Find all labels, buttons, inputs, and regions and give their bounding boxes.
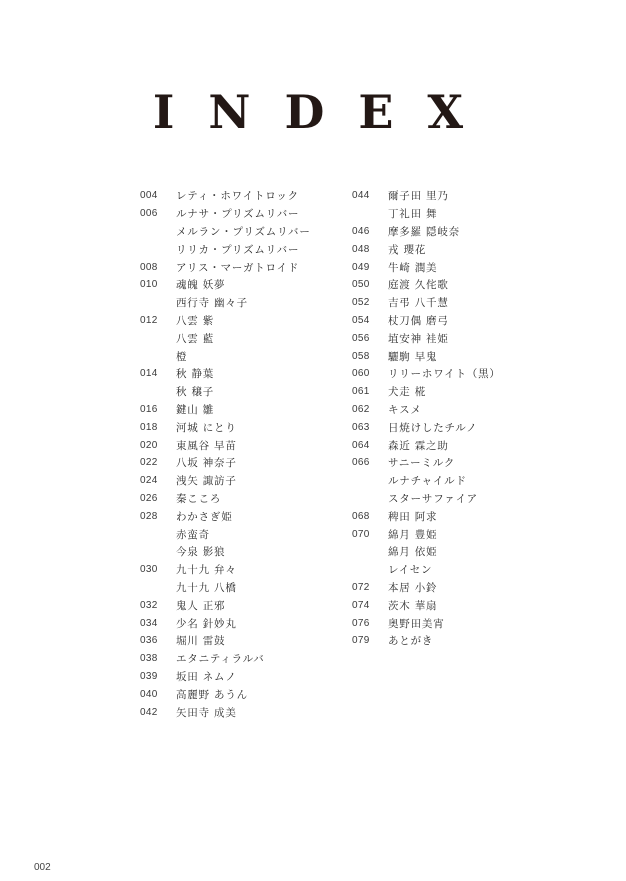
index-entry[interactable]: 036堀川 雷鼓 [140,632,311,650]
index-entry-page: 038 [140,653,176,664]
index-entry-name: 坂田 ネムノ [176,669,237,684]
index-entry-name: 八坂 神奈子 [176,455,237,470]
index-entry-name: ルナサ・プリズムリバー [176,206,299,221]
index-entry-name: 橙 [176,349,187,364]
index-entry[interactable]: 056埴安神 袿姫 [352,329,501,347]
index-entry[interactable]: 063日焼けしたチルノ [352,418,501,436]
index-entry-page: 010 [140,279,176,290]
index-entry-name: 茨木 華扇 [388,598,437,613]
index-entry[interactable]: 048戎 瓔花 [352,240,501,258]
index-entry[interactable]: 綿月 依姫 [352,543,501,561]
index-entry-page: 032 [140,600,176,611]
index-entry-name: 鍵山 雛 [176,402,214,417]
index-entry-name: 秋 静葉 [176,366,214,381]
index-entry[interactable]: 016鍵山 雛 [140,401,311,419]
index-entry-name: 秋 穣子 [176,384,214,399]
page-title: INDEX [0,84,626,140]
index-entry-name: 戎 瓔花 [388,242,426,257]
index-entry[interactable]: 004レティ・ホワイトロック [140,187,311,205]
index-entry[interactable]: 072本居 小鈴 [352,579,501,597]
index-entry-name: エタニティラルバ [176,651,265,666]
index-entry-name: 吉弔 八千慧 [388,295,449,310]
index-entry[interactable]: 028わかさぎ姫 [140,507,311,525]
index-entry-page: 014 [140,368,176,379]
index-entry-name: 杖刀偶 磨弓 [388,313,449,328]
index-entry-page: 018 [140,422,176,433]
index-entry-page: 062 [352,404,388,415]
index-entry-page: 063 [352,422,388,433]
index-entry[interactable]: 076奥野田美宵 [352,614,501,632]
index-entry-page: 012 [140,315,176,326]
index-entry-page: 052 [352,297,388,308]
index-entry-page: 079 [352,635,388,646]
index-entry[interactable]: 八雲 藍 [140,329,311,347]
index-entry-name: レティ・ホワイトロック [176,188,299,203]
index-entry-name: 埴安神 袿姫 [388,331,449,346]
index-entry-name: 今泉 影狼 [176,544,225,559]
index-entry[interactable]: 049牛崎 潤美 [352,258,501,276]
index-entry[interactable]: リリカ・プリズムリバー [140,240,311,258]
index-entry-name: 驪駒 早鬼 [388,349,437,364]
index-entry[interactable]: 050庭渡 久侘歌 [352,276,501,294]
index-entry-page: 064 [352,440,388,451]
index-entry-name: 庭渡 久侘歌 [388,277,449,292]
index-entry[interactable]: 006ルナサ・プリズムリバー [140,205,311,223]
index-entry-name: 魂魄 妖夢 [176,277,225,292]
index-entry-name: 綿月 豊姫 [388,527,437,542]
index-entry-name: ルナチャイルド [388,473,467,488]
index-entry[interactable]: 064森近 霖之助 [352,436,501,454]
index-entry-name: 奥野田美宵 [388,616,445,631]
index-entry-page: 046 [352,226,388,237]
index-entry[interactable]: 秋 穣子 [140,383,311,401]
index-entry-page: 004 [140,190,176,201]
index-entry-name: 本居 小鈴 [388,580,437,595]
index-entry-name: わかさぎ姫 [176,509,233,524]
index-entry-name: 丁礼田 舞 [388,206,437,221]
index-entry[interactable]: 070綿月 豊姫 [352,525,501,543]
index-entry-page: 044 [352,190,388,201]
index-entry[interactable]: 034少名 針妙丸 [140,614,311,632]
index-entry[interactable]: 012八雲 紫 [140,312,311,330]
index-entry[interactable]: 058驪駒 早鬼 [352,347,501,365]
index-entry-page: 008 [140,262,176,273]
index-entry-name: レイセン [388,562,432,577]
index-entry-name: 西行寺 幽々子 [176,295,248,310]
index-entry-name: 綿月 依姫 [388,544,437,559]
index-entry-page: 070 [352,529,388,540]
index-entry-name: 河城 にとり [176,420,237,435]
index-entry-page: 040 [140,689,176,700]
index-entry-name: 東風谷 早苗 [176,438,237,453]
index-entry[interactable]: 024洩矢 諏訪子 [140,472,311,490]
index-entry-page: 076 [352,618,388,629]
index-entry-name: 堀川 雷鼓 [176,633,225,648]
index-entry-name: 洩矢 諏訪子 [176,473,237,488]
index-entry[interactable]: 054杖刀偶 磨弓 [352,312,501,330]
index-entry[interactable]: スターサファイア [352,490,501,508]
index-entry[interactable]: 079あとがき [352,632,501,650]
index-entry-page: 068 [352,511,388,522]
index-entry[interactable]: 040高麗野 あうん [140,685,311,703]
index-entry[interactable]: メルラン・プリズムリバー [140,223,311,241]
index-entry-name: 秦こころ [176,491,221,506]
index-entry[interactable]: 052吉弔 八千慧 [352,294,501,312]
index-entry-name: サニーミルク [388,455,455,470]
index-entry-page: 036 [140,635,176,646]
index-entry-page: 054 [352,315,388,326]
index-entry[interactable]: 丁礼田 舞 [352,205,501,223]
index-entry-page: 020 [140,440,176,451]
index-column-right: 044爾子田 里乃丁礼田 舞046摩多羅 隠岐奈048戎 瓔花049牛崎 潤美0… [352,187,501,650]
index-entry-page: 022 [140,457,176,468]
index-entry-page: 066 [352,457,388,468]
index-entry-page: 058 [352,351,388,362]
index-entry[interactable]: 九十九 八橋 [140,579,311,597]
index-column-left: 004レティ・ホワイトロック006ルナサ・プリズムリバーメルラン・プリズムリバー… [140,187,311,721]
page-number: 002 [34,862,51,873]
index-entry[interactable]: 020東風谷 早苗 [140,436,311,454]
index-entry[interactable]: 044爾子田 里乃 [352,187,501,205]
index-entry-name: 犬走 椛 [388,384,426,399]
index-entry-name: リリーホワイト（黒） [388,366,501,381]
index-entry[interactable]: 042矢田寺 成美 [140,703,311,721]
index-entry-page: 024 [140,475,176,486]
index-entry-page: 061 [352,386,388,397]
index-entry-page: 074 [352,600,388,611]
index-entry[interactable]: 060リリーホワイト（黒） [352,365,501,383]
index-entry-page: 026 [140,493,176,504]
index-entry[interactable]: 010魂魄 妖夢 [140,276,311,294]
index-entry-name: 少名 針妙丸 [176,616,237,631]
index-entry[interactable]: 030九十九 弁々 [140,561,311,579]
index-entry-page: 030 [140,564,176,575]
index-entry-name: 牛崎 潤美 [388,260,437,275]
index-entry-page: 048 [352,244,388,255]
index-entry-name: 八雲 藍 [176,331,214,346]
index-entry-page: 028 [140,511,176,522]
index-entry[interactable]: 062キスメ [352,401,501,419]
index-entry[interactable]: 今泉 影狼 [140,543,311,561]
index-entry[interactable]: 066サニーミルク [352,454,501,472]
index-entry-page: 060 [352,368,388,379]
index-entry-name: あとがき [388,633,433,648]
index-entry-page: 072 [352,582,388,593]
index-entry-name: 赤蛮奇 [176,527,210,542]
index-entry-page: 042 [140,707,176,718]
index-entry[interactable]: 橙 [140,347,311,365]
index-entry-name: 森近 霖之助 [388,438,449,453]
index-entry-name: 日焼けしたチルノ [388,420,477,435]
index-entry-name: リリカ・プリズムリバー [176,242,299,257]
index-entry-page: 050 [352,279,388,290]
index-entry-page: 039 [140,671,176,682]
index-entry[interactable]: 074茨木 華扇 [352,596,501,614]
index-entry[interactable]: 039坂田 ネムノ [140,668,311,686]
index-entry[interactable]: 026秦こころ [140,490,311,508]
index-entry-name: 高麗野 あうん [176,687,248,702]
index-entry[interactable]: 068稗田 阿求 [352,507,501,525]
index-entry-page: 049 [352,262,388,273]
index-entry-name: メルラン・プリズムリバー [176,224,311,239]
index-entry-name: 摩多羅 隠岐奈 [388,224,460,239]
index-entry-name: キスメ [388,402,422,417]
index-entry[interactable]: 061犬走 椛 [352,383,501,401]
index-entry[interactable]: 018河城 にとり [140,418,311,436]
index-entry-name: 九十九 八橋 [176,580,237,595]
index-entry-page: 006 [140,208,176,219]
index-entry[interactable]: 022八坂 神奈子 [140,454,311,472]
index-entry-name: 鬼人 正邪 [176,598,225,613]
index-entry[interactable]: レイセン [352,561,501,579]
index-entry[interactable]: 赤蛮奇 [140,525,311,543]
index-entry[interactable]: ルナチャイルド [352,472,501,490]
index-entry-name: 爾子田 里乃 [388,188,449,203]
index-entry[interactable]: 032鬼人 正邪 [140,596,311,614]
index-entry[interactable]: 046摩多羅 隠岐奈 [352,223,501,241]
index-entry-name: 矢田寺 成美 [176,705,237,720]
index-entry-name: アリス・マーガトロイド [176,260,299,275]
index-entry-name: スターサファイア [388,491,478,506]
index-entry-page: 016 [140,404,176,415]
index-entry[interactable]: 038エタニティラルバ [140,650,311,668]
index-entry[interactable]: 008アリス・マーガトロイド [140,258,311,276]
index-entry-name: 八雲 紫 [176,313,214,328]
index-entry[interactable]: 014秋 静葉 [140,365,311,383]
index-entry-name: 稗田 阿求 [388,509,437,524]
index-entry-page: 034 [140,618,176,629]
index-entry[interactable]: 西行寺 幽々子 [140,294,311,312]
index-entry-page: 056 [352,333,388,344]
index-entry-name: 九十九 弁々 [176,562,237,577]
